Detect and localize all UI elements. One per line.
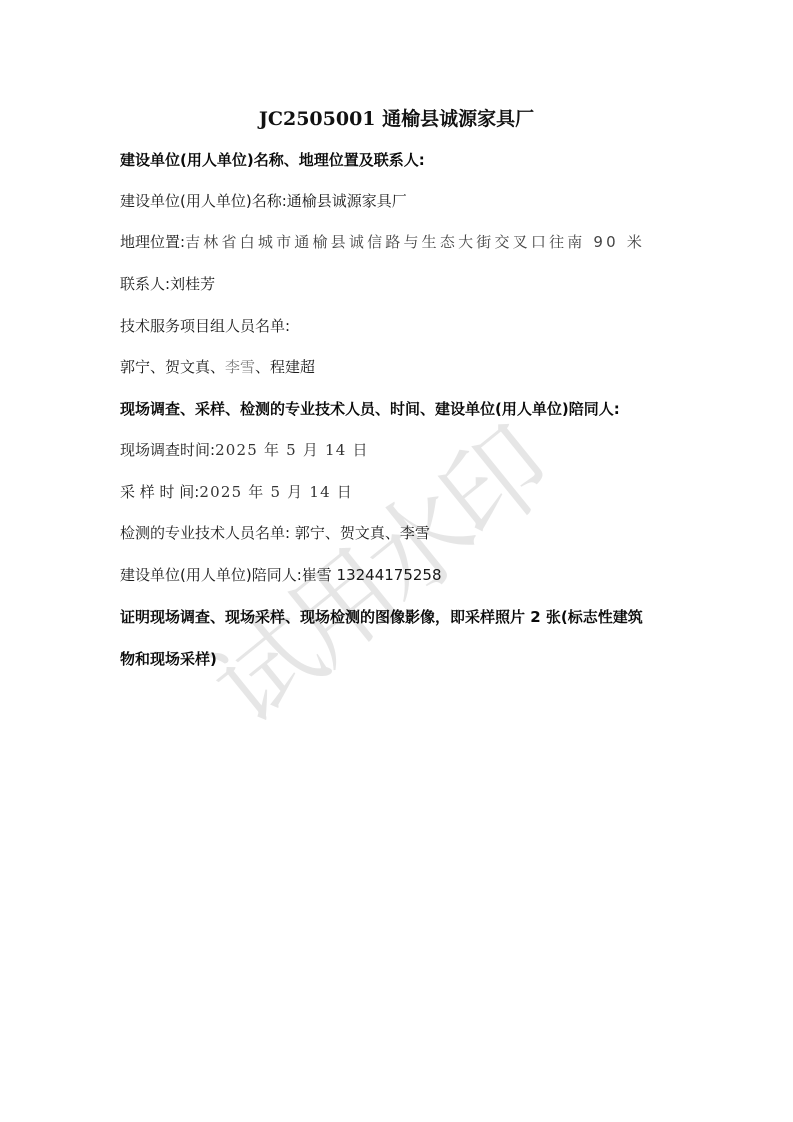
field-label: 地理位置: [120,233,185,251]
document-title: JC2505001 通榆县诚源家具厂 [0,104,793,131]
section-heading-unit-info: 建设单位(用人单位)名称、地理位置及联系人: [120,150,425,170]
field-value: 刘桂芳 [170,275,215,293]
section-heading-photo-evidence: 证明现场调查、现场采样、现场检测的图像影像，即采样照片 2 张(标志性建筑 [120,607,643,627]
field-survey-time: 现场调查时间:2025 年 5 月 14 日 [120,440,369,460]
field-accompanying-person: 建设单位(用人单位)陪同人:崔雪 13244175258 [120,565,442,585]
section-heading-field-survey: 现场调查、采样、检测的专业技术人员、时间、建设单位(用人单位)陪同人: [120,399,620,419]
members-highlight: 李雪 [225,358,255,376]
trial-watermark: 试用水印 [193,362,627,743]
field-location: 地理位置:吉林省白城市通榆县诚信路与生态大街交叉口往南 90 米 [120,232,645,252]
field-value: 2025 年 5 月 14 日 [215,441,369,459]
members-prefix: 郭宁、贺文真、 [120,358,225,376]
field-label: 建设单位(用人单位)名称: [120,192,287,210]
field-value: 通榆县诚源家具厂 [287,192,407,210]
field-label: 检测的专业技术人员名单: [120,524,295,542]
field-label: 采 样 时 间: [120,483,199,501]
field-sampling-time: 采 样 时 间:2025 年 5 月 14 日 [120,482,353,502]
field-label: 现场调查时间: [120,441,215,459]
section-heading-project-team: 技术服务项目组人员名单: [120,316,290,336]
field-unit-name: 建设单位(用人单位)名称:通榆县诚源家具厂 [120,191,407,211]
section-heading-photo-evidence-cont: 物和现场采样) [120,649,217,669]
project-team-members: 郭宁、贺文真、李雪、程建超 [120,357,315,377]
field-value: 崔雪 13244175258 [302,566,442,584]
field-contact: 联系人:刘桂芳 [120,274,215,294]
field-value: 郭宁、贺文真、李雪 [295,524,430,542]
field-value: 2025 年 5 月 14 日 [199,483,353,501]
document-page: JC2505001 通榆县诚源家具厂 建设单位(用人单位)名称、地理位置及联系人… [0,0,793,1122]
field-label: 联系人: [120,275,170,293]
members-suffix: 、程建超 [255,358,315,376]
field-value: 吉林省白城市通榆县诚信路与生态大街交叉口往南 90 米 [185,233,645,251]
field-testing-staff: 检测的专业技术人员名单: 郭宁、贺文真、李雪 [120,523,430,543]
field-label: 建设单位(用人单位)陪同人: [120,566,302,584]
